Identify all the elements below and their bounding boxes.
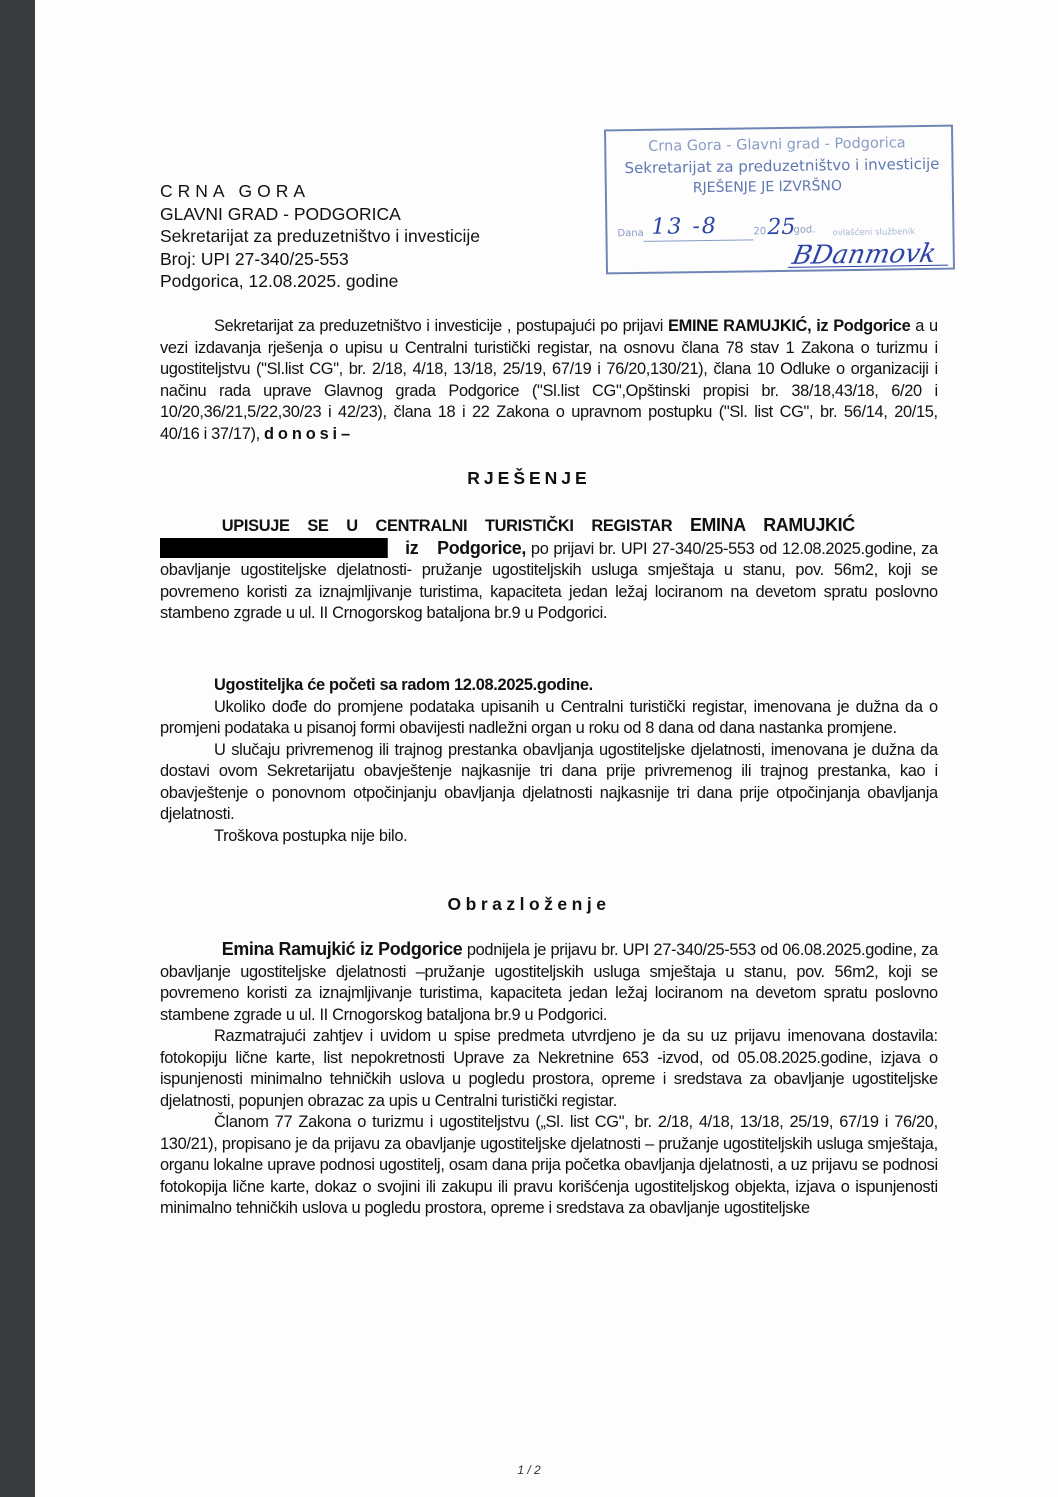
header-country: CRNA GORA bbox=[160, 180, 480, 203]
stamp-line-enforceable: RJEŠENJE JE IZVRŠNO bbox=[693, 178, 842, 196]
start-date-paragraph: Ugostiteljka će početi sa radom 12.08.20… bbox=[160, 674, 938, 696]
decision-section-2: Ugostiteljka će početi sa radom 12.08.20… bbox=[160, 674, 938, 846]
change-notice-paragraph: Ukoliko dođe do promjene podataka upisan… bbox=[160, 696, 938, 739]
scan-edge-strip bbox=[0, 0, 35, 1497]
decision-section: UPISUJE SE U CENTRALNI TURISTIČKI REGIST… bbox=[160, 514, 938, 624]
reasoning-paragraph-3: Članom 77 Zakona o turizmu i ugostiteljs… bbox=[160, 1111, 938, 1219]
official-stamp: Crna Gora - Glavni grad - Podgorica Sekr… bbox=[604, 125, 955, 275]
intro-section: Sekretarijat za preduzetništvo i investi… bbox=[160, 315, 938, 444]
stamp-official-label: ovlašćeni službenik bbox=[832, 227, 915, 238]
stamp-line-authority: Crna Gora - Glavni grad - Podgorica bbox=[648, 135, 906, 155]
stamp-line-secretariat: Sekretarijat za preduzetništvo i investi… bbox=[624, 155, 939, 177]
header-city: GLAVNI GRAD - PODGORICA bbox=[160, 203, 480, 226]
stamp-date-underline bbox=[644, 239, 754, 242]
applicant-name: EMINE RAMUJKIĆ, iz Podgorice bbox=[668, 316, 910, 335]
stamp-handwritten-year: 25 bbox=[767, 215, 795, 240]
registered-name: EMINA RAMUJKIĆ bbox=[690, 514, 855, 535]
decision-title: RJEŠENJE bbox=[0, 468, 1058, 489]
stamp-god-label: god. bbox=[793, 225, 815, 236]
reasoning-title: Obrazloženje bbox=[0, 894, 1058, 915]
intro-paragraph: Sekretarijat za preduzetništvo i investi… bbox=[160, 315, 938, 444]
donosi-keyword: donosi– bbox=[264, 424, 354, 443]
stamp-date-label: Dana bbox=[617, 228, 643, 239]
page-number: 1 / 2 bbox=[0, 1463, 1058, 1477]
document-header: CRNA GORA GLAVNI GRAD - PODGORICA Sekret… bbox=[160, 180, 480, 293]
redacted-id bbox=[160, 538, 388, 558]
reasoning-paragraph-1: Emina Ramujkić iz Podgorice podnijela je… bbox=[160, 938, 938, 1025]
decision-paragraph-1: UPISUJE SE U CENTRALNI TURISTIČKI REGIST… bbox=[160, 514, 938, 624]
header-secretariat: Sekretarijat za preduzetništvo i investi… bbox=[160, 225, 480, 248]
header-number: Broj: UPI 27-340/25-553 bbox=[160, 248, 480, 271]
stamp-handwritten-date: 13 -8 bbox=[651, 214, 718, 240]
header-place-date: Podgorica, 12.08.2025. godine bbox=[160, 270, 480, 293]
reasoning-paragraph-2: Razmatrajući zahtjev i uvidom u spise pr… bbox=[160, 1025, 938, 1111]
cessation-paragraph: U slučaju privremenog ili trajnog presta… bbox=[160, 739, 938, 825]
stamp-year-prefix: 20 bbox=[753, 226, 766, 237]
reasoning-section: Emina Ramujkić iz Podgorice podnijela je… bbox=[160, 938, 938, 1219]
costs-paragraph: Troškova postupka nije bilo. bbox=[160, 825, 938, 847]
